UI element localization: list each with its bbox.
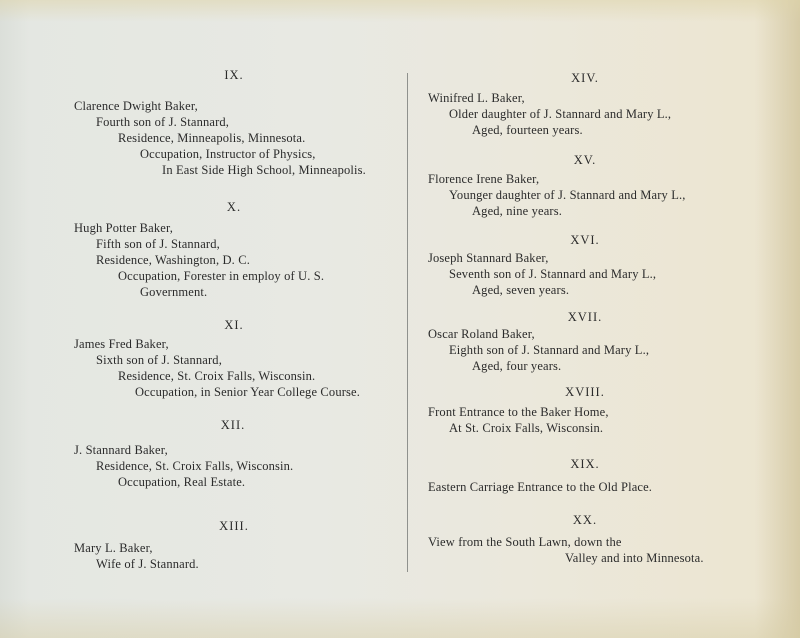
entry-line: Occupation, Instructor of Physics,: [140, 147, 316, 162]
entry-line: Sixth son of J. Stannard,: [96, 353, 222, 368]
entry-numeral: XIII.: [219, 519, 249, 534]
entry-line: At St. Croix Falls, Wisconsin.: [449, 421, 603, 436]
entry-name: Joseph Stannard Baker,: [428, 251, 548, 266]
entry-numeral: XI.: [224, 318, 243, 333]
entry-name: Florence Irene Baker,: [428, 172, 539, 187]
entry-numeral: X.: [227, 200, 241, 215]
entry-line: Valley and into Minnesota.: [565, 551, 704, 566]
entry-numeral: XVIII.: [565, 385, 605, 400]
entry-numeral: XVII.: [568, 310, 603, 325]
entry-numeral: XIX.: [570, 457, 599, 472]
entry-line: Occupation, in Senior Year College Cours…: [135, 385, 360, 400]
entry-numeral: XX.: [573, 513, 597, 528]
entry-name: Front Entrance to the Baker Home,: [428, 405, 609, 420]
entry-name: Eastern Carriage Entrance to the Old Pla…: [428, 480, 652, 495]
entry-line: Occupation, Real Estate.: [118, 475, 245, 490]
entry-name: Mary L. Baker,: [74, 541, 153, 556]
entry-line: Younger daughter of J. Stannard and Mary…: [449, 188, 686, 203]
entry-line: Fourth son of J. Stannard,: [96, 115, 229, 130]
entry-numeral: XIV.: [571, 71, 599, 86]
entry-name: James Fred Baker,: [74, 337, 169, 352]
entry-line: Government.: [140, 285, 207, 300]
entry-line: Residence, St. Croix Falls, Wisconsin.: [96, 459, 293, 474]
entry-line: Residence, St. Croix Falls, Wisconsin.: [118, 369, 315, 384]
entry-name: Clarence Dwight Baker,: [74, 99, 198, 114]
entry-name: Winifred L. Baker,: [428, 91, 525, 106]
entry-line: Aged, fourteen years.: [472, 123, 583, 138]
entry-line: Older daughter of J. Stannard and Mary L…: [449, 107, 671, 122]
entry-name: View from the South Lawn, down the: [428, 535, 622, 550]
entry-name: J. Stannard Baker,: [74, 443, 168, 458]
entry-name: Oscar Roland Baker,: [428, 327, 535, 342]
entry-line: Seventh son of J. Stannard and Mary L.,: [449, 267, 656, 282]
entry-line: Residence, Washington, D. C.: [96, 253, 250, 268]
column-divider: [407, 73, 408, 572]
document-page: IX. Clarence Dwight Baker, Fourth son of…: [0, 0, 800, 638]
entry-line: Eighth son of J. Stannard and Mary L.,: [449, 343, 649, 358]
entry-numeral: IX.: [224, 68, 243, 83]
entry-line: Fifth son of J. Stannard,: [96, 237, 220, 252]
entry-name: Hugh Potter Baker,: [74, 221, 173, 236]
entry-line: Wife of J. Stannard.: [96, 557, 199, 572]
entry-line: Residence, Minneapolis, Minnesota.: [118, 131, 305, 146]
entry-line: Aged, four years.: [472, 359, 561, 374]
entry-numeral: XII.: [221, 418, 245, 433]
entry-line: Occupation, Forester in employ of U. S.: [118, 269, 324, 284]
entry-numeral: XV.: [574, 153, 597, 168]
entry-line: Aged, nine years.: [472, 204, 562, 219]
entry-numeral: XVI.: [570, 233, 599, 248]
entry-line: Aged, seven years.: [472, 283, 569, 298]
entry-line: In East Side High School, Minneapolis.: [162, 163, 366, 178]
